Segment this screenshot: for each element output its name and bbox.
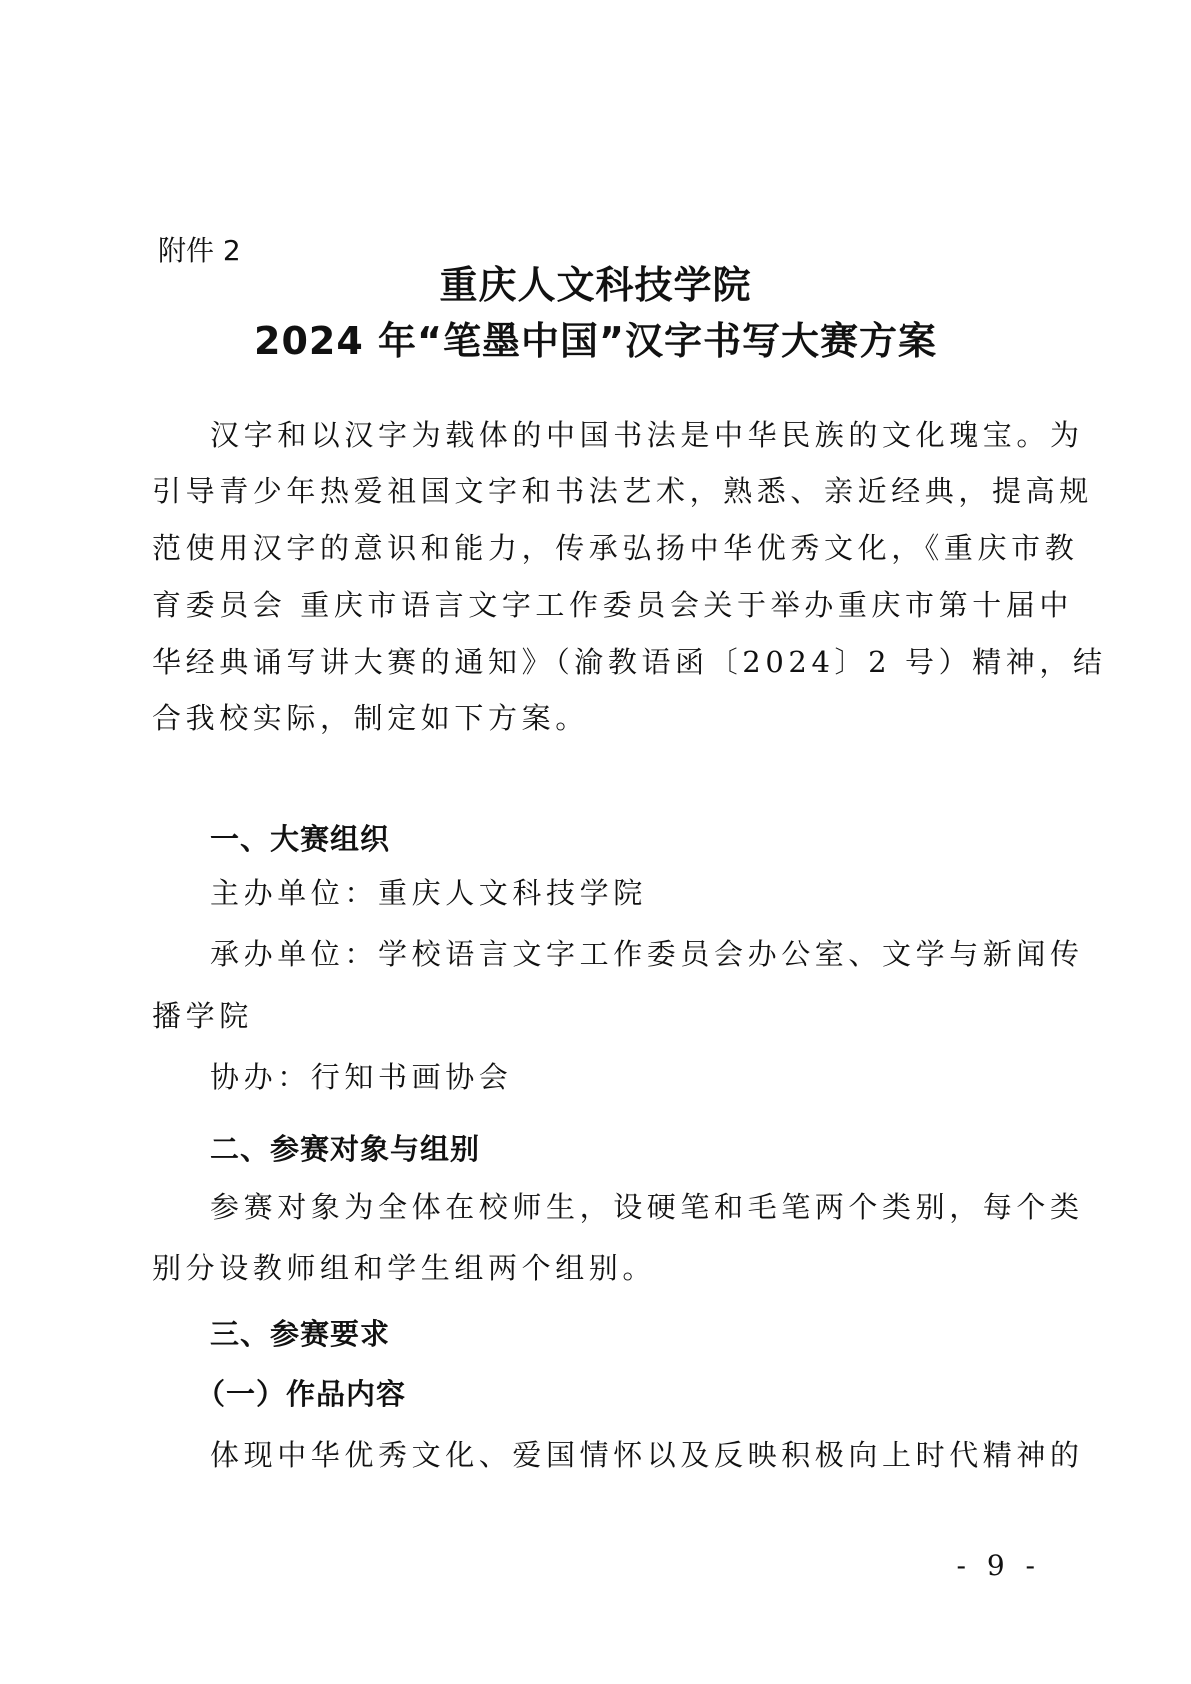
- host-line: 播学院: [152, 998, 253, 1034]
- document-title-line1: 重庆人文科技学院: [0, 262, 1191, 308]
- subsection-heading: （一）作品内容: [196, 1376, 406, 1412]
- co-organizer-line: 协办：行知书画协会: [210, 1059, 512, 1095]
- paragraph-line: 体现中华优秀文化、爱国情怀以及反映积极向上时代精神的: [210, 1437, 1084, 1473]
- document-title-line2: 2024 年“笔墨中国”汉字书写大赛方案: [0, 318, 1191, 364]
- organizer-line: 主办单位：重庆人文科技学院: [210, 875, 647, 911]
- page-number: - 9 -: [956, 1548, 1041, 1584]
- section-heading: 一、大赛组织: [210, 821, 390, 857]
- host-line: 承办单位：学校语言文字工作委员会办公室、文学与新闻传: [210, 936, 1084, 972]
- paragraph-line: 范使用汉字的意识和能力，传承弘扬中华优秀文化，《重庆市教: [152, 530, 1078, 566]
- paragraph-line: 育委员会 重庆市语言文字工作委员会关于举办重庆市第十届中: [152, 587, 1073, 623]
- section-heading: 二、参赛对象与组别: [210, 1131, 480, 1167]
- section-heading: 三、参赛要求: [210, 1316, 390, 1352]
- paragraph-line: 汉字和以汉字为载体的中国书法是中华民族的文化瑰宝。为: [210, 417, 1084, 453]
- paragraph-line: 参赛对象为全体在校师生，设硬笔和毛笔两个类别，每个类: [210, 1189, 1084, 1225]
- paragraph-line: 合我校实际，制定如下方案。: [152, 700, 589, 736]
- paragraph-line: 引导青少年热爱祖国文字和书法艺术，熟悉、亲近经典，提高规: [152, 473, 1093, 509]
- paragraph-line: 别分设教师组和学生组两个组别。: [152, 1250, 656, 1286]
- paragraph-line: 华经典诵写讲大赛的通知》（渝教语函〔2024〕2 号）精神，结: [152, 644, 1107, 680]
